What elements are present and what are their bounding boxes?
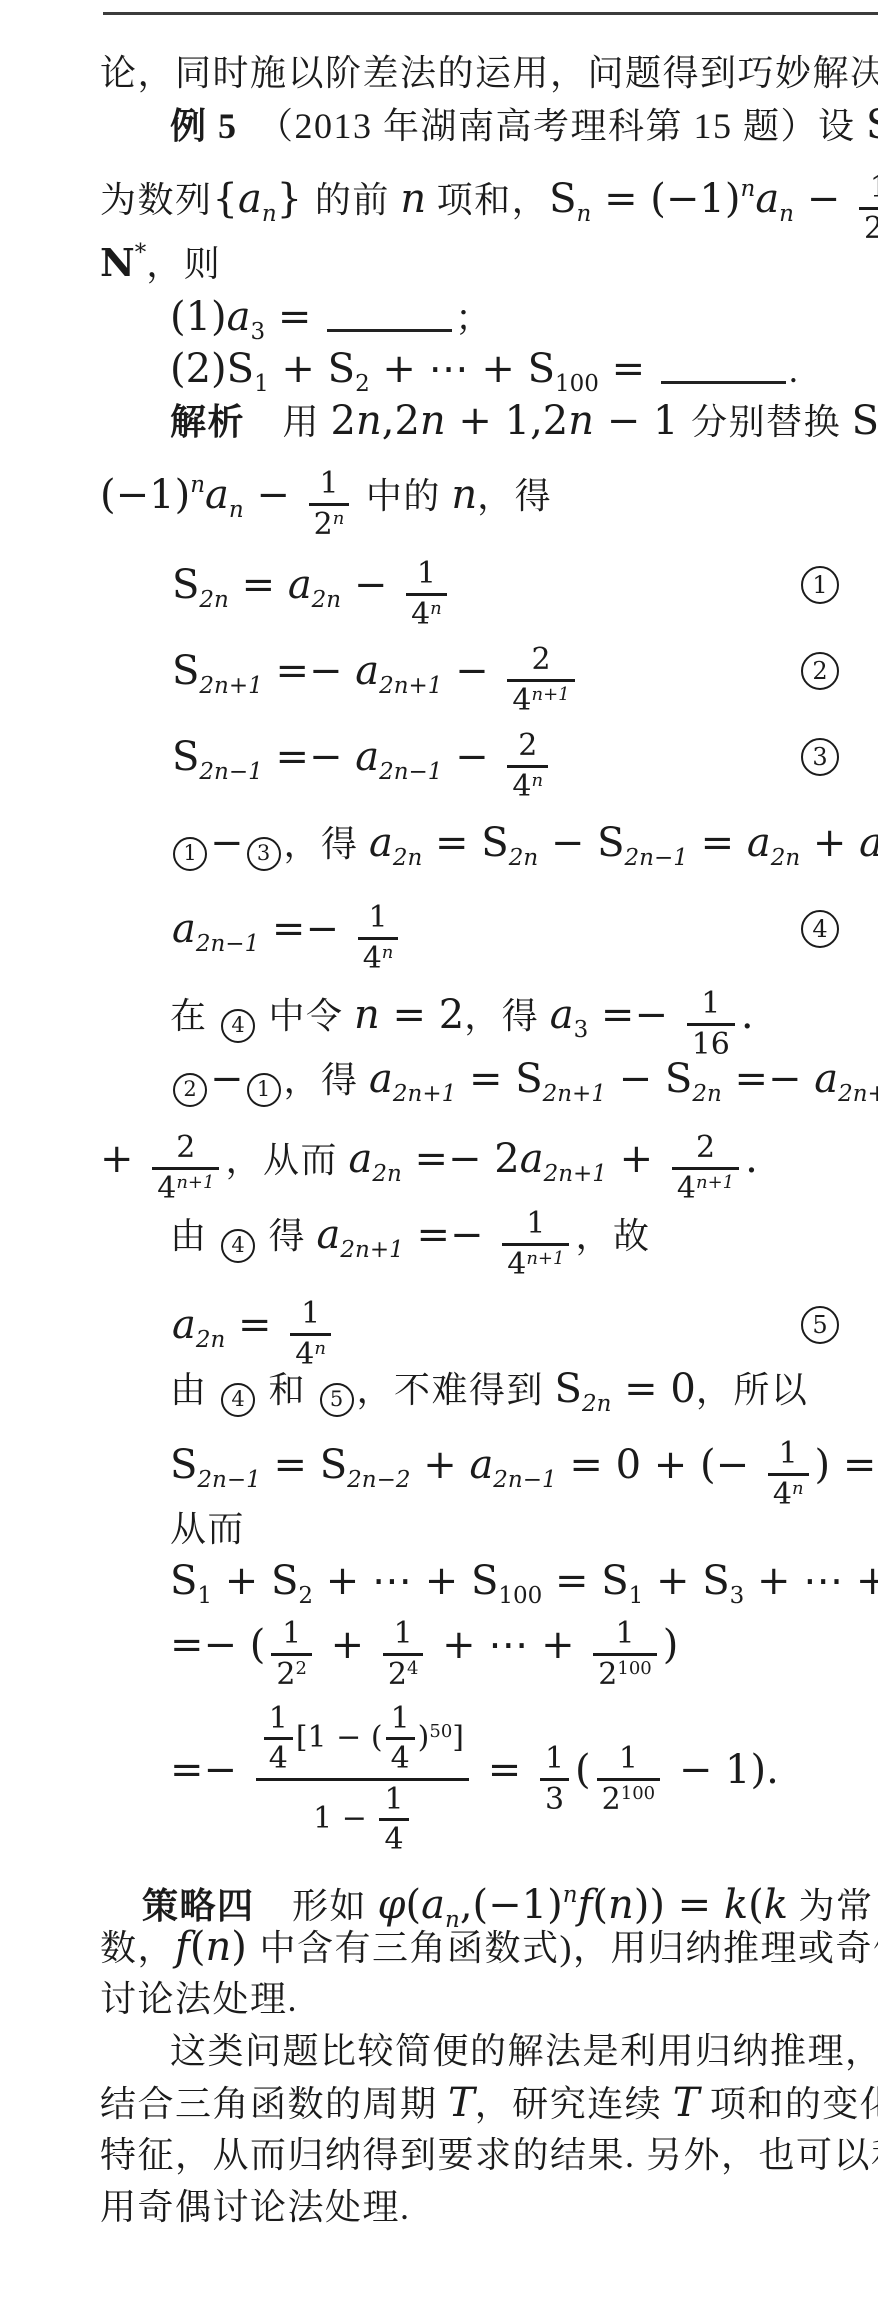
text-line: =− (122 + 124 + ⋯ + 12100) (0, 1607, 878, 1683)
text-line: 在 4 中令 n = 2，得 a3 =− 116. (0, 977, 878, 1053)
numerator: 14[1 − (14)50] (256, 1702, 469, 1778)
subscript: 3 (730, 1583, 745, 1609)
math-roman: 2 (518, 728, 537, 763)
bold-label-text: 例 5 (170, 106, 238, 146)
math-roman: 1 (417, 556, 436, 591)
numerator: 1 (358, 901, 399, 937)
cjk-text: ； (455, 298, 493, 338)
text-line: (1)a3 = ； (0, 291, 878, 343)
math-roman: + (410, 1442, 469, 1488)
top-rule (103, 12, 878, 15)
math-roman: − 1). (666, 1747, 779, 1793)
math-roman: S (852, 398, 878, 444)
math-roman: S (170, 1442, 197, 1488)
fraction: 14 (379, 1783, 408, 1857)
math-italic: T (673, 2080, 700, 2126)
subscript: 2n−2 (347, 1467, 410, 1493)
math-roman: ) =− (815, 1442, 878, 1488)
math-roman: =− 2 (402, 1136, 520, 1182)
numerator: 1 (309, 467, 350, 503)
text-line: N*，则 (0, 227, 878, 279)
subscript: 2n (582, 1391, 611, 1417)
math-roman: − (210, 820, 244, 866)
math-roman: 4 (384, 1822, 403, 1857)
fraction: 14[1 − (14)50]1 − 14 (256, 1702, 469, 1857)
subscript: 2n (196, 1327, 225, 1353)
math-italic: a (355, 648, 379, 694)
math-roman: 2 (331, 398, 356, 444)
text-line: 例 5 （2013 年湖南高考理科第 15 题）设 Sn (0, 99, 878, 151)
math-roman: + ⋯ + S (370, 346, 555, 392)
circled-number-4: 4 (221, 1009, 255, 1043)
fraction: 14n (290, 1297, 331, 1371)
math-roman: =− ( (170, 1622, 265, 1668)
subscript: 2 (298, 1583, 313, 1609)
math-roman: . (741, 992, 754, 1038)
text-line: 讨论法处理. (0, 1973, 878, 2025)
math-roman: S (866, 102, 878, 148)
text-line: 特征，从而归纳得到要求的结果. 另外，也可以利 (0, 2129, 878, 2181)
cjk-text: 从而 (170, 1509, 245, 1549)
math-roman: + 1,2 (446, 398, 569, 444)
fraction: 24n+1 (672, 1131, 739, 1205)
text-line: 数，f(n) 中含有三角函数式)，用归纳推理或奇偶 (0, 1921, 878, 1973)
math-roman: =− (588, 992, 680, 1038)
math-italic: a (355, 734, 379, 780)
math-roman: + (800, 820, 859, 866)
math-italic: a (348, 1136, 372, 1182)
denominator: 24 (383, 1653, 424, 1692)
math-roman: = S (542, 1558, 628, 1604)
document-body: 论，同时施以阶差法的运用，问题得到巧妙解决.例 5 （2013 年湖南高考理科第… (0, 12, 878, 2233)
subscript: 1 (254, 371, 269, 397)
circled-number-1: 1 (173, 837, 207, 871)
math-roman: 4 (411, 597, 430, 632)
text-line: 由 4 得 a2n+1 =− 14n+1，故 (0, 1197, 878, 1273)
subscript: 2n (372, 1161, 401, 1187)
numerator: 1 (593, 1617, 656, 1653)
math-italic: n (205, 1924, 231, 1970)
math-roman: ] (452, 1720, 464, 1755)
text-line: 论，同时施以阶差法的运用，问题得到巧妙解决. (0, 47, 878, 99)
math-italic: f (175, 1924, 190, 1970)
math-roman: − (210, 1056, 244, 1102)
answer-blank (661, 355, 786, 384)
superscript: n (382, 942, 394, 963)
denominator: 2n (309, 503, 350, 542)
math-roman: (1) (170, 294, 227, 340)
numerator: 1 (768, 1437, 809, 1473)
superscript: n+1 (526, 1248, 564, 1269)
math-roman: = (599, 346, 658, 392)
subscript: 2n (393, 845, 422, 871)
subscript: 100 (555, 371, 599, 397)
numerator: 2 (672, 1131, 739, 1167)
text-line: (2)S1 + S2 + ⋯ + S100 = . (0, 343, 878, 395)
text-line: S2n−1 = S2n−2 + a2n−1 = 0 + (− 14n) =− 1… (0, 1427, 878, 1503)
numerator: 1 (386, 1702, 415, 1738)
equation-tag: 5 (798, 1306, 842, 1344)
math-roman: S (172, 562, 199, 608)
cjk-text: ，得 (477, 476, 552, 516)
subscript: 2n (199, 587, 228, 613)
math-roman: 1 (779, 1436, 798, 1471)
math-roman: (−1) (100, 472, 190, 518)
cjk-text: 分别替换 (691, 402, 852, 442)
math-roman: = (688, 820, 747, 866)
math-italic: a (747, 820, 771, 866)
cjk-text: 由 (170, 1370, 218, 1410)
math-italic: a (172, 906, 196, 952)
math-roman: = (−1) (591, 176, 740, 222)
math-roman: ) (663, 1622, 679, 1668)
math-italic: n (356, 398, 382, 444)
subscript: 2n−1 (493, 1467, 556, 1493)
numerator: 1 (383, 1617, 424, 1653)
math-roman: 1 (269, 1701, 288, 1736)
circled-number-3: 3 (801, 738, 839, 776)
math-italic: a (469, 1442, 493, 1488)
math-roman: S (555, 1366, 582, 1412)
cjk-text: 中的 (355, 476, 451, 516)
circled-number-1: 1 (247, 1073, 281, 1107)
denominator: 2100 (593, 1653, 656, 1692)
cjk-text: 讨论法处理. (100, 1979, 298, 2019)
subscript: 2n−1 (196, 931, 259, 957)
math-roman: =− (259, 906, 351, 952)
math-roman: =− (404, 1212, 496, 1258)
cjk-text: 特征，从而归纳得到要求的结果. 另外，也可以利 (100, 2135, 878, 2175)
denominator: 2100 (597, 1778, 660, 1817)
cjk-text: ，得 (284, 824, 370, 864)
cjk-text: 论，同时施以阶差法的运用，问题得到巧妙解决. (100, 53, 878, 93)
math-roman: S (549, 176, 576, 222)
math-italic: n (354, 992, 380, 1038)
circled-number-5: 5 (320, 1383, 354, 1417)
math-roman: 2 (276, 1657, 295, 1692)
math-roman: ( (190, 1924, 206, 1970)
denominator: 4n+1 (507, 679, 574, 718)
math-roman: − (442, 734, 501, 780)
math-roman: 1 (384, 1782, 403, 1817)
math-roman: S (172, 734, 199, 780)
math-roman: = (225, 1302, 284, 1348)
math-italic: n (451, 472, 477, 518)
math-roman: − (794, 176, 853, 222)
numerator: 1 (271, 1617, 312, 1653)
math-roman: 2 (598, 1657, 617, 1692)
math-roman: 1 (619, 1741, 638, 1776)
fraction: 24n (507, 729, 548, 803)
fraction: 14 (386, 1702, 415, 1776)
circled-number-5: 5 (801, 1306, 839, 1344)
text-line: 1−3，得 a2n = S2n − S2n−1 = a2n + a2n−1 + … (0, 805, 878, 881)
cjk-text: 中含有三角函数式)，用归纳推理或奇偶 (260, 1928, 878, 1968)
fraction: 14 (264, 1702, 293, 1776)
superscript: n (740, 176, 755, 202)
math-roman: =− (263, 734, 355, 780)
answer-blank (327, 303, 452, 332)
math-roman: 4 (507, 1247, 526, 1282)
math-italic: a (369, 1056, 393, 1102)
superscript: n (190, 472, 205, 498)
math-roman: − 1 (594, 398, 691, 444)
numerator: 1 (406, 557, 447, 593)
math-roman: S (170, 1558, 197, 1604)
fraction: 14n (406, 557, 447, 631)
math-roman: ) (418, 1720, 430, 1755)
math-italic: a (520, 1136, 544, 1182)
math-italic: n (420, 398, 446, 444)
math-roman: 2 (531, 642, 550, 677)
circled-number-4: 4 (221, 1229, 255, 1263)
math-roman: = 0 (611, 1366, 695, 1412)
denominator: 3 (540, 1778, 569, 1817)
cjk-text: 这类问题比较简便的解法是利用归纳推理， (170, 2031, 878, 2071)
subscript: 2n+1 (393, 1081, 456, 1107)
subscript: n (779, 201, 794, 227)
subscript: 2n−1 (379, 759, 442, 785)
superscript: 4 (407, 1658, 418, 1679)
fraction: 24n+1 (507, 643, 574, 717)
denominator: 4n (507, 765, 548, 804)
fraction: 122 (271, 1617, 312, 1691)
math-roman: − (442, 648, 501, 694)
math-roman: + ⋯ + S (744, 1558, 878, 1604)
denominator: 4 (386, 1737, 415, 1776)
circled-number-1: 1 (801, 566, 839, 604)
numerator: 1 (597, 1742, 660, 1778)
superscript: n+1 (696, 1172, 734, 1193)
math-roman: 1 (701, 986, 720, 1021)
math-italic: a (205, 472, 229, 518)
subscript: 2n+1 (199, 673, 262, 699)
math-roman: S (172, 648, 199, 694)
subscript: 2n+1 (340, 1237, 403, 1263)
cjk-text: 在 (170, 996, 218, 1036)
subscript: 1 (629, 1583, 644, 1609)
circled-number-2: 2 (801, 652, 839, 690)
bold-label-text: 解析 (170, 402, 245, 442)
numerator: 1 (379, 1783, 408, 1819)
cjk-text: ，从而 (225, 1140, 348, 1180)
math-roman: 4 (512, 769, 531, 804)
math-roman: 2 (602, 1782, 621, 1817)
math-roman: = S (261, 1442, 347, 1488)
denominator: 4n (406, 593, 447, 632)
circled-number-4: 4 (801, 910, 839, 948)
fraction: 14n (358, 901, 399, 975)
math-roman: . (745, 1136, 758, 1182)
math-roman: = 0 + (− (557, 1442, 762, 1488)
text-line: 用奇偶讨论法处理. (0, 2181, 878, 2233)
fraction: 12100 (593, 1617, 656, 1691)
superscript: n (563, 1882, 578, 1908)
math-roman: =− (722, 1056, 814, 1102)
math-roman: 1 − (313, 1801, 376, 1836)
math-roman: { (213, 176, 238, 222)
math-roman: + (318, 1622, 377, 1668)
text-line: 结合三角函数的周期 T，研究连续 T 项和的变化 (0, 2077, 878, 2129)
math-roman: (2) (170, 346, 227, 392)
numerator: 1 (502, 1207, 569, 1243)
math-roman: − S (606, 1056, 692, 1102)
fraction: 124 (383, 1617, 424, 1691)
math-roman: 4 (512, 683, 531, 718)
cjk-text: ，故 (575, 1216, 650, 1256)
text-line: 2−1，得 a2n+1 = S2n+1 − S2n =− a2n+1 − a2n (0, 1053, 878, 1105)
denominator: 1 − 14 (256, 1778, 469, 1857)
text-line: 为数列{an} 的前 n 项和，Sn = (−1)nan − 12n，n ∈ (0, 151, 878, 227)
cjk-text: . (789, 350, 800, 390)
fraction: 12100 (597, 1742, 660, 1816)
superscript: 2 (295, 1658, 306, 1679)
equation-line: S2n = a2n − 14n1 (0, 547, 878, 623)
fraction: 14n+1 (502, 1207, 569, 1281)
math-roman: 1 (870, 170, 878, 205)
text-line: 策略四 形如 φ(an,(−1)nf(n)) = k(k 为常 (0, 1869, 878, 1921)
math-italic: a (859, 820, 878, 866)
math-roman: + ⋯ + S (313, 1558, 498, 1604)
cjk-text: 用 (245, 402, 331, 442)
math-roman: + (100, 1136, 146, 1182)
text-line: + 24n+1，从而 a2n =− 2a2n+1 + 24n+1. (0, 1121, 878, 1197)
math-roman: } (277, 176, 315, 222)
math-roman: 4 (363, 941, 382, 976)
cjk-text: 结合三角函数的周期 (100, 2084, 448, 2124)
math-roman: 1 (282, 1616, 301, 1651)
circled-number-3: 3 (247, 837, 281, 871)
equation-tag: 4 (798, 910, 842, 948)
fraction: 14n (768, 1437, 809, 1511)
math-roman: 1 (545, 1741, 564, 1776)
math-roman: = (229, 562, 288, 608)
math-italic: a (238, 176, 262, 222)
circled-number-2: 2 (173, 1073, 207, 1107)
text-line: 由 4 和 5，不难得到 S2n = 0，所以 (0, 1363, 878, 1415)
text-line: =− 14[1 − (14)50]1 − 14 = 13(12100 − 1). (0, 1695, 878, 1845)
math-roman: 1 (368, 900, 387, 935)
math-roman: = S (456, 1056, 542, 1102)
equation-tag: 3 (798, 738, 842, 776)
superscript: 50 (429, 1721, 452, 1742)
numerator: 1 (540, 1742, 569, 1778)
cjk-text: ，得 (464, 996, 550, 1036)
numerator: 2 (507, 729, 548, 765)
numerator: 1 (859, 171, 878, 207)
cjk-text: 数， (100, 1928, 175, 1968)
math-roman: = (265, 294, 324, 340)
text-line: 解析 用 2n,2n + 1,2n − 1 分别替换 Sn = (0, 395, 878, 447)
subscript: 2 (355, 371, 370, 397)
math-italic: a (755, 176, 779, 222)
subscript: 2n+1 (838, 1081, 878, 1107)
cjk-text: 用奇偶讨论法处理. (100, 2187, 411, 2227)
math-italic: a (172, 1302, 196, 1348)
fraction: 12n (309, 467, 350, 541)
subscript: 2n (509, 845, 538, 871)
math-roman: − (341, 562, 400, 608)
subscript: 2n+1 (544, 1161, 607, 1187)
equation-line: a2n−1 =− 14n4 (0, 891, 878, 967)
math-roman: S (227, 346, 254, 392)
fraction: 13 (540, 1742, 569, 1816)
cjk-text: 为数列 (100, 180, 213, 220)
subscript: n (577, 201, 592, 227)
subscript: 2n+1 (379, 673, 442, 699)
cjk-text: 形如 (255, 1886, 378, 1926)
numerator: 1 (687, 987, 735, 1023)
math-italic: a (369, 820, 393, 866)
superscript: n+1 (532, 684, 570, 705)
superscript: 100 (621, 1783, 655, 1804)
superscript: n (314, 1338, 326, 1359)
cjk-text: 的前 (315, 180, 401, 220)
math-roman: 2 (696, 1130, 715, 1165)
math-roman: + S (643, 1558, 729, 1604)
math-italic: T (448, 2080, 475, 2126)
subscript: 2n (771, 845, 800, 871)
superscript: n+1 (176, 1172, 214, 1193)
subscript: 2n−1 (625, 845, 688, 871)
cjk-text: 项和的变化 (699, 2084, 878, 2124)
cjk-text: ，研究连续 (475, 2084, 673, 2124)
superscript: 100 (617, 1658, 651, 1679)
math-roman: + ⋯ + (429, 1622, 587, 1668)
math-roman: ,2 (382, 398, 420, 444)
denominator: 4n+1 (502, 1243, 569, 1282)
subscript: 2n (692, 1081, 721, 1107)
denominator: 4n (358, 937, 399, 976)
math-roman: 1 (319, 466, 338, 501)
numerator: 1 (264, 1702, 293, 1738)
numerator: 1 (290, 1297, 331, 1333)
math-roman: = (475, 1747, 534, 1793)
math-roman: 3 (545, 1782, 564, 1817)
cjk-text: 由 (170, 1216, 218, 1256)
math-italic: n (568, 398, 594, 444)
cjk-text: 得 (258, 1216, 317, 1256)
numerator: 2 (507, 643, 574, 679)
math-roman: ( (575, 1747, 591, 1793)
cjk-text: 项和， (426, 180, 549, 220)
cjk-text: 和 (258, 1370, 317, 1410)
fraction: 116 (687, 987, 735, 1061)
math-italic: a (317, 1212, 341, 1258)
math-roman: 1 (394, 1616, 413, 1651)
math-roman: =− (263, 648, 355, 694)
subscript: 2n (312, 587, 341, 613)
math-roman: − (244, 472, 303, 518)
text-line: (−1)nan − 12n 中的 n，得 (0, 447, 878, 523)
equation-line: S2n+1 =− a2n+1 − 24n+12 (0, 633, 878, 709)
math-italic: a (227, 294, 251, 340)
math-roman: + S (269, 346, 355, 392)
math-roman: = S (422, 820, 508, 866)
math-roman: 1 (391, 1701, 410, 1736)
equation-line: S2n−1 =− a2n−1 − 24n3 (0, 719, 878, 795)
bold-label-text: 策略四 (142, 1886, 255, 1926)
subscript: 1 (197, 1583, 212, 1609)
subscript: n (262, 201, 277, 227)
superscript: n (430, 598, 442, 619)
math-roman: 4 (269, 1741, 288, 1776)
cjk-text: 为常 (788, 1886, 874, 1926)
math-roman: 1 (301, 1296, 320, 1331)
circled-number-4: 4 (221, 1383, 255, 1417)
math-roman: 2 (388, 1657, 407, 1692)
superscript: n (792, 1478, 804, 1499)
